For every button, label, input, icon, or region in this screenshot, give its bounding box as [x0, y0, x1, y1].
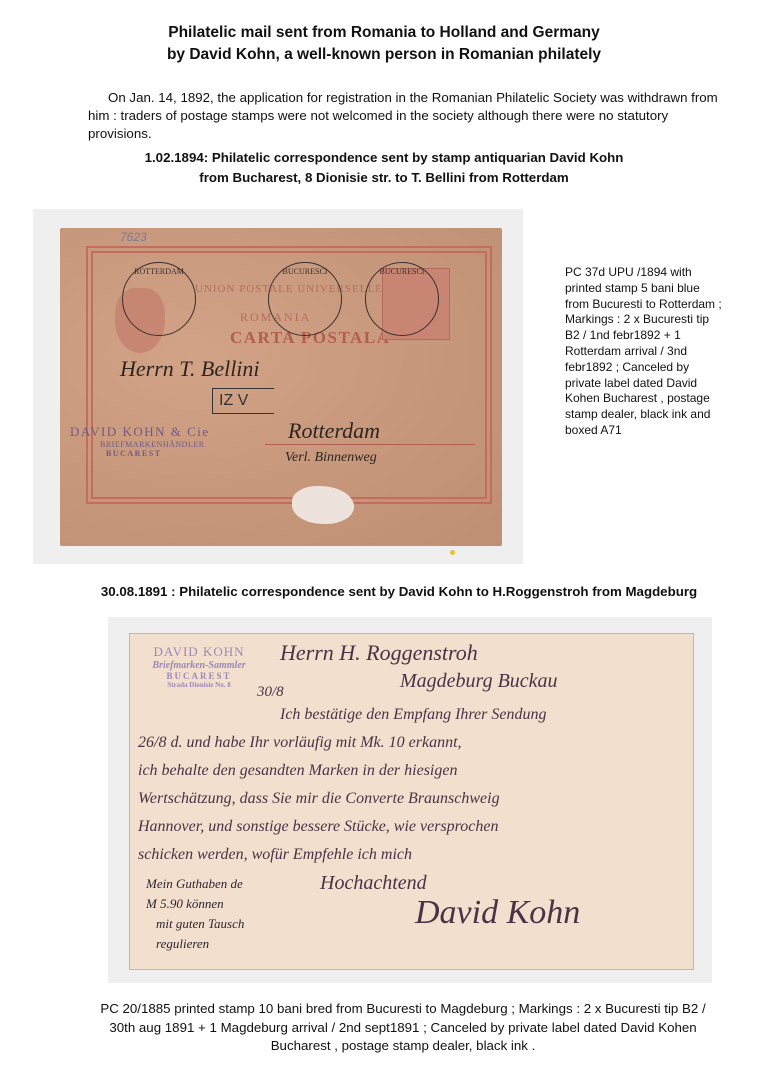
letter-line: Hannover, und sonstige bessere Stücke, w…: [138, 818, 499, 836]
signature: David Kohn: [415, 894, 580, 932]
yellow-dot-icon: [450, 550, 455, 555]
address-line-2: Magdeburg Buckau: [400, 670, 558, 693]
title-line-2: by David Kohn, a well-known person in Ro…: [0, 44, 768, 66]
boxed-mark: IZ V: [212, 388, 274, 414]
side-note-line: Mein Guthaben de: [146, 876, 243, 892]
paper-damage: [292, 486, 354, 524]
postmark-bucuresci-icon: BUCURESCI: [268, 262, 342, 336]
address-line-3: Verl. Binnenweg: [285, 450, 377, 466]
postcard-2-caption: PC 20/1885 printed stamp 10 bani bred fr…: [88, 1000, 718, 1056]
postcard-1: 7623 UNION POSTALE UNIVERSELLE ROMANIA C…: [60, 228, 502, 546]
letter-line: schicken werden, wofür Empfehle ich mich: [138, 846, 412, 864]
letter-line: Ich bestätige den Empfang Ihrer Sendung: [280, 706, 546, 724]
title-line-1: Philatelic mail sent from Romania to Hol…: [0, 22, 768, 44]
address-line-2: Rotterdam: [288, 418, 380, 444]
address-line-1: Herrn H. Roggenstroh: [280, 640, 478, 666]
letter-line: 26/8 d. und habe Ihr vorläufig mit Mk. 1…: [138, 734, 462, 752]
section1-heading-line-1: 1.02.1894: Philatelic correspondence sen…: [0, 148, 768, 168]
address-line-1: Herrn T. Bellini: [120, 356, 260, 382]
postmark-rotterdam-icon: ROTTERDAM: [122, 262, 196, 336]
section1-heading-line-2: from Bucharest, 8 Dionisie str. to T. Be…: [0, 168, 768, 188]
closing: Hochachtend: [320, 872, 427, 895]
sender-handstamp: DAVID KOHN & Cie BRIEFMARKENHÄNDLER BUCA…: [70, 424, 210, 458]
postmark-bucuresci-2-icon: BUCURESCI: [365, 262, 439, 336]
section1-heading: 1.02.1894: Philatelic correspondence sen…: [0, 148, 768, 188]
intro-paragraph: On Jan. 14, 1892, the application for re…: [88, 89, 718, 143]
section2-heading: 30.08.1891 : Philatelic correspondence s…: [0, 582, 768, 602]
letter-line: Wertschätzung, dass Sie mir die Converte…: [138, 790, 500, 808]
postcard-2: DAVID KOHN Briefmarken-Sammler BUCAREST …: [129, 633, 694, 970]
postcard-1-caption: PC 37d UPU /1894 with printed stamp 5 ba…: [565, 265, 723, 439]
date-note: 30/8: [257, 684, 284, 701]
letter-line: ich behalte den gesandten Marken in der …: [138, 762, 457, 780]
page-title: Philatelic mail sent from Romania to Hol…: [0, 22, 768, 66]
address-rule: [265, 444, 475, 445]
side-note-line: mit guten Tausch: [156, 916, 244, 932]
sender-handstamp-2: DAVID KOHN Briefmarken-Sammler BUCAREST …: [144, 644, 254, 689]
side-note-line: M 5.90 können: [146, 896, 224, 912]
pencil-note: 7623: [120, 230, 147, 244]
side-note-line: regulieren: [156, 936, 209, 952]
